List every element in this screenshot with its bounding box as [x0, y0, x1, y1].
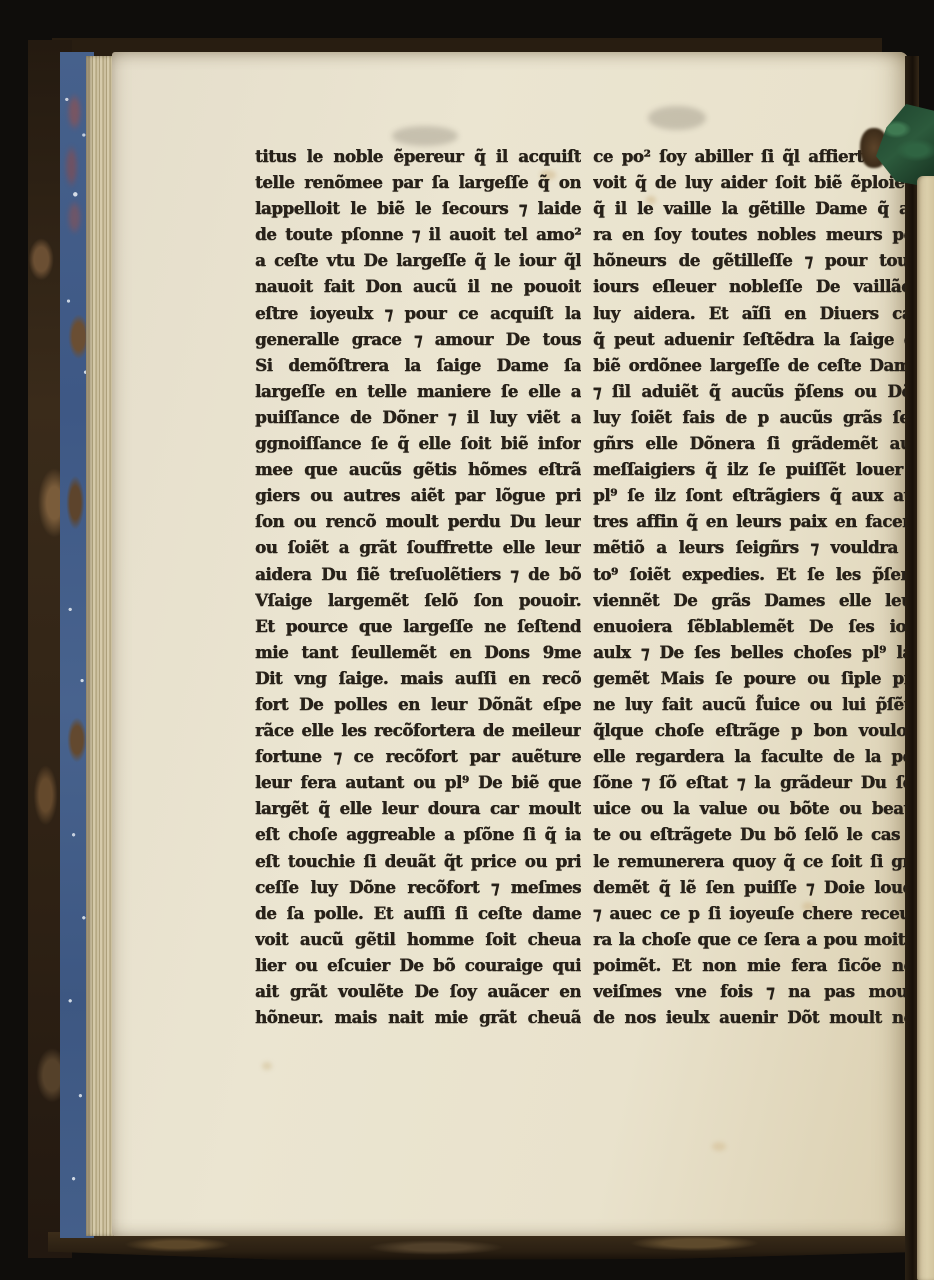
text-line: de ſa polle. Et auſſi ſi ceſte dame [255, 900, 581, 926]
text-line: Si demõſtrera la ſaige Dame ſa [255, 352, 581, 378]
text-line: aulx ⁊ De ſes belles choſes pl⁹ lar [593, 639, 921, 665]
text-line: to⁹ ſoiẽt expedies. Et ſe les p̃ſens [593, 561, 921, 587]
text-line: a ceſte vtu De largeſſe q̃ le iour q̃l [255, 247, 581, 273]
text-line: elle regardera la faculte de la per [593, 743, 921, 769]
text-line: gñrs elle Dõnera ſi grãdemẽt aux [593, 430, 921, 456]
text-line: largeſſe en telle maniere ſe elle a [255, 378, 581, 404]
text-line: gemẽt Mais ſe poure ou ſiple pſõ [593, 665, 921, 691]
text-line: Vſaige largemẽt ſelõ ſon pouoir. [255, 587, 581, 613]
text-line: mee que aucũs gẽtis hõmes eſtrã [255, 456, 581, 482]
text-line: eſtre ioyeulx ⁊ pour ce acquiſt la [255, 300, 581, 326]
text-line: ſon ou rencõ moult perdu Du leur [255, 508, 581, 534]
text-line: q̃ il le vaille la gẽtille Dame q̃ au [593, 195, 921, 221]
foxing-spot [712, 1142, 726, 1151]
text-line: pl⁹ ſe ilz ſont eſtrãgiers q̃ aux aul [593, 482, 921, 508]
text-column-left: titus le noble ẽpereur q̃ il acquiſttell… [255, 143, 581, 1030]
text-line: ggnoiſſance ſe q̃ elle ſoit biẽ infor [255, 430, 581, 456]
text-line: de nos ieulx auenir Dõt moult no⁹ [593, 1004, 921, 1030]
text-line: enuoiera ſẽblablemẽt De ſes ioy/ [593, 613, 921, 639]
text-line: ⁊ auec ce p ſi ioyeuſe chere receue [593, 900, 921, 926]
text-line: giers ou autres aiẽt par lõgue pri [255, 482, 581, 508]
text-line: ra en ſoy toutes nobles meurs po² [593, 221, 921, 247]
text-line: tres affin q̃ en leurs paix en facent [593, 508, 921, 534]
book-photograph: titus le noble ẽpereur q̃ il acquiſttell… [0, 0, 934, 1280]
text-line: de toute pſonne ⁊ il auoit tel amo² [255, 221, 581, 247]
text-line: eſt choſe aggreable a pſõne ſi q̃ ia [255, 821, 581, 847]
text-line: ſõne ⁊ ſõ eſtat ⁊ la grãdeur Du ſer [593, 769, 921, 795]
text-line: aidera Du ſiẽ treſuolẽtiers ⁊ de bõ [255, 561, 581, 587]
text-line: telle renõmee par ſa largeſſe q̃ on [255, 169, 581, 195]
text-line: biẽ ordõnee largeſſe de ceſte Dame [593, 352, 921, 378]
text-line: ⁊ ſil aduiẽt q̃ aucũs p̃ſens ou Dõs [593, 378, 921, 404]
text-line: eſt touchie ſi deuãt q̃t price ou pri [255, 848, 581, 874]
text-line: titus le noble ẽpereur q̃ il acquiſt [255, 143, 581, 169]
text-line: leur fera autant ou pl⁹ De biẽ que [255, 769, 581, 795]
text-line: viennẽt De grãs Dames elle leur [593, 587, 921, 613]
text-line: iours eſleuer nobleſſe De vaillãce [593, 273, 921, 299]
text-line: veiſmes vne fois ⁊ na pas moult [593, 978, 921, 1004]
text-line: lier ou eſcuier De bõ couraige qui [255, 952, 581, 978]
text-line: nauoit fait Don aucũ il ne pouoit [255, 273, 581, 299]
text-line: meſſaigiers q̃ ilz ſe puiſſẽt louer ⁊ [593, 456, 921, 482]
text-line: hõneurs de gẽtilleſſe ⁊ pour touſ/ [593, 247, 921, 273]
facing-page-edge [917, 176, 934, 1280]
text-line: ne luy fait aucũ ſ̃uice ou lui p̃ſẽte [593, 691, 921, 717]
text-line: Dit vng ſaige. mais auſſi en recõ [255, 665, 581, 691]
text-line: lappelloit le biẽ le ſecours ⁊ laide [255, 195, 581, 221]
text-line: le remunerera quoy q̃ ce ſoit ſi grã [593, 848, 921, 874]
text-line: rãce elle les recõfortera de meileur [255, 717, 581, 743]
text-line: mẽtiõ a leurs ſeigñrs ⁊ vouldra q̃ [593, 534, 921, 560]
text-line: hõneur. mais nait mie grãt cheuã [255, 1004, 581, 1030]
text-line: puiſſance de Dõner ⁊ il luy viẽt a [255, 404, 581, 430]
text-line: voit aucũ gẽtil homme ſoit cheua [255, 926, 581, 952]
text-line: Et pource que largeſſe ne ſeſtend [255, 613, 581, 639]
text-column-right: ce po² ſoy abiller ſi q̃l affiert ⁊ elle… [593, 143, 921, 1030]
text-line: uice ou la value ou bõte ou beaul [593, 795, 921, 821]
text-line: te ou eſtrãgete Du bõ ſelõ le cas ſi [593, 821, 921, 847]
text-line: poimẽt. Et non mie fera ſicõe no⁹ [593, 952, 921, 978]
text-line: q̃ peut aduenir ſeſtẽdra la ſaige et [593, 326, 921, 352]
text-line: luy ſoiẽt fais de p aucũs grãs ſei/ [593, 404, 921, 430]
text-line: luy aidera. Et aĩſi en Diuers cas [593, 300, 921, 326]
text-line: ceſſe luy Dõne recõfort ⁊ meſmes [255, 874, 581, 900]
text-line: fortune ⁊ ce recõfort par auẽture [255, 743, 581, 769]
text-line: generalle grace ⁊ amour De tous [255, 326, 581, 352]
foxing-spot [262, 1062, 272, 1070]
text-line: mie tant ſeullemẽt en Dons 9me [255, 639, 581, 665]
text-line: ou ſoiẽt a grãt ſouffrette elle leur [255, 534, 581, 560]
board-edge-bottom [48, 1232, 910, 1260]
text-line: fort De polles en leur Dõnãt eſpe [255, 691, 581, 717]
red-library-stamp [58, 78, 88, 248]
show-through-smudge-right [648, 106, 706, 130]
text-line: largẽt q̃ elle leur doura car moult [255, 795, 581, 821]
text-line: q̃lque choſe eſtrãge p bon vouloir [593, 717, 921, 743]
text-line: ait grãt voulẽte De ſoy auãcer en [255, 978, 581, 1004]
text-line: ra la choſe que ce ſera a pou moitie [593, 926, 921, 952]
text-line: demẽt q̃ lẽ ſen puiſſe ⁊ Doie louer [593, 874, 921, 900]
text-line: voit q̃ de luy aider ſoit biẽ ẽploie ⁊ [593, 169, 921, 195]
